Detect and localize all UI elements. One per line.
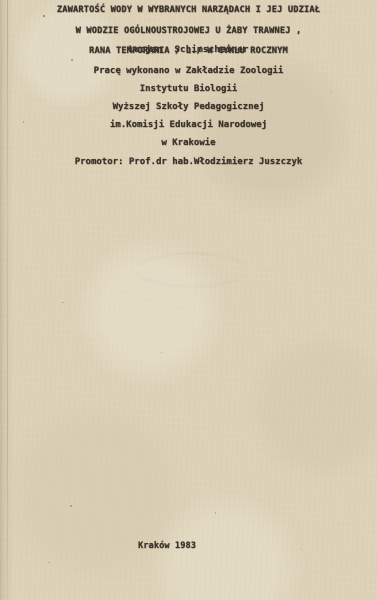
thesis-title-line-2: W WODZIE OGÓLNOUSTROJOWEJ U ŻABY TRAWNEJ… <box>0 21 377 42</box>
watermark-arc <box>125 233 260 287</box>
paper-speck <box>23 121 24 123</box>
credits-line-institute: Pracę wykonano w Zakładzie Zoologii <box>0 62 377 80</box>
imprint-place-year: Kraków 1983 <box>138 541 196 551</box>
credits-block: Pracę wykonano w Zakładzie Zoologii Inst… <box>0 62 377 171</box>
credits-line-school: Wyższej Szkoły Pedagogicznej <box>0 98 377 116</box>
page-left-crease-line <box>7 0 8 600</box>
thesis-title-line-1: ZAWARTOŚĆ WODY W WYBRANYCH NARZĄDACH I J… <box>0 0 377 21</box>
credits-line-faculty: Instytutu Biologii <box>0 80 377 98</box>
paper-speck <box>331 92 332 93</box>
paper-speck <box>161 352 162 353</box>
paper-speck <box>70 505 72 507</box>
paper-speck <box>213 178 214 179</box>
paper-speck <box>62 302 64 303</box>
credits-line-school-patron: im.Komisji Edukacji Narodowej <box>0 116 377 134</box>
paper-speck <box>300 548 301 549</box>
paper-speck <box>71 59 73 61</box>
credits-line-promotor: Promotor: Prof.dr hab.Włodzimierz Juszcz… <box>0 153 377 171</box>
author-name: Lucjan Schimscheiner <box>0 45 377 55</box>
paper-speck <box>215 512 216 514</box>
scanned-thesis-title-page: Lucjan Schimscheiner ZAWARTOŚĆ WODY W WY… <box>0 0 377 600</box>
paper-speck <box>48 562 50 563</box>
credits-line-city: w Krakowie <box>0 134 377 152</box>
stamp-bleedthrough-watermark <box>125 243 260 295</box>
paper-speck <box>43 15 45 17</box>
